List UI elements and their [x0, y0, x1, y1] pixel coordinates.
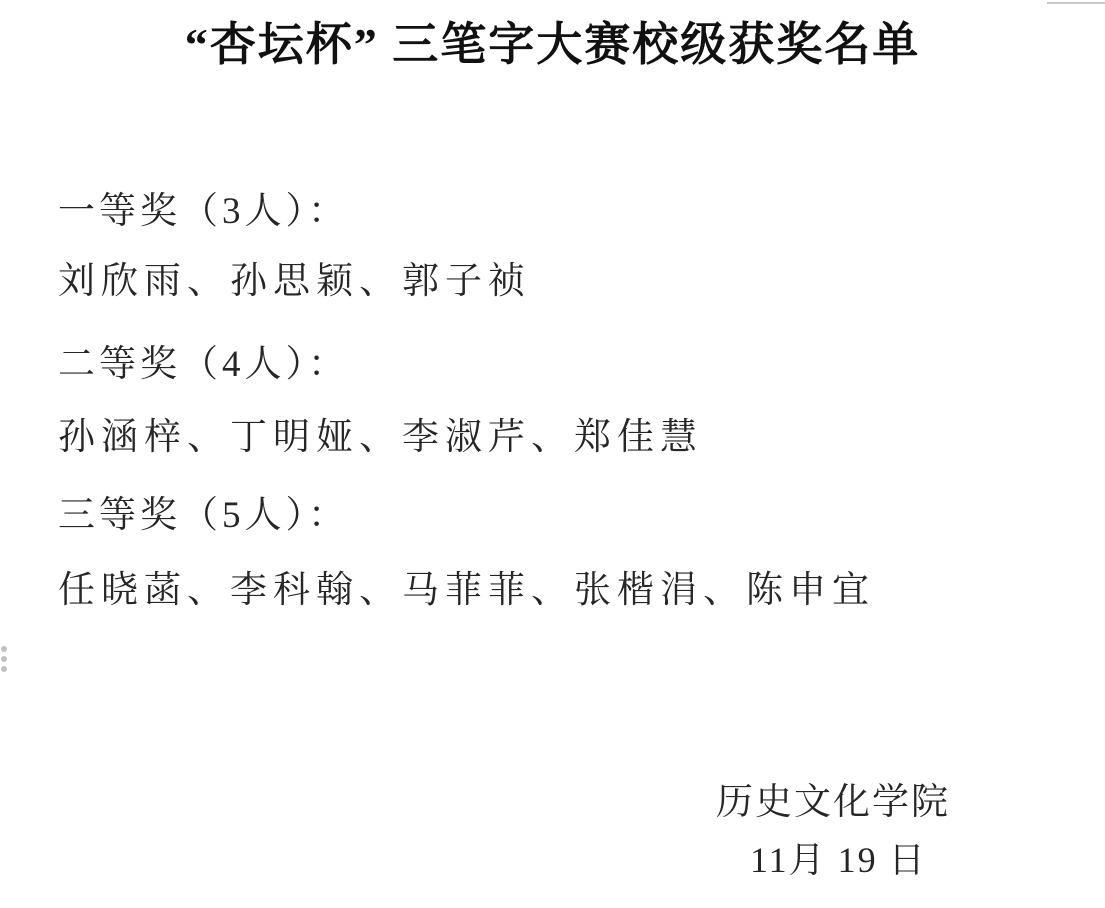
- tier-3-names: 任晓菡、李科翰、马菲菲、张楷涓、陈申宜: [58, 568, 875, 614]
- scan-artifact-dots: [1, 646, 7, 652]
- tier-1-names: 刘欣雨、孙思颖、郭子祯: [58, 259, 531, 305]
- page-title: “杏坛杯” 三笔字大赛校级获奖名单: [0, 14, 1105, 76]
- signature-department: 历史文化学院: [716, 781, 950, 825]
- tier-2-heading: 二等奖（4人）：: [58, 342, 349, 388]
- tier-3-heading: 三等奖（5人）：: [58, 493, 349, 539]
- tier-1-heading: 一等奖（3人）：: [58, 189, 349, 235]
- signature-date: 11月 19 日: [750, 839, 927, 881]
- scan-artifact-line: [1047, 2, 1105, 4]
- tier-2-names: 孙涵梓、丁明娅、李淑芹、郑佳慧: [58, 415, 703, 461]
- document-page: “杏坛杯” 三笔字大赛校级获奖名单 一等奖（3人）： 刘欣雨、孙思颖、郭子祯 二…: [0, 0, 1105, 908]
